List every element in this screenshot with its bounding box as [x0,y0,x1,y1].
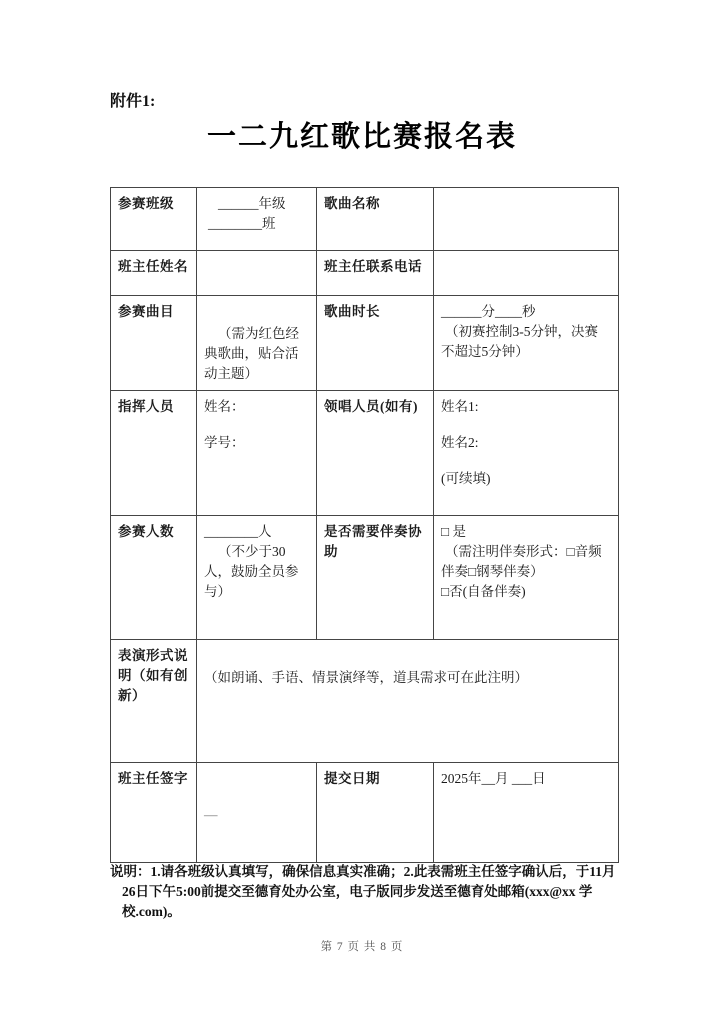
song-name-label: 歌曲名称 [317,188,434,251]
lead-singer-label: 领唱人员(如有) [317,391,434,516]
song-entry-note: （需为红色经典歌曲，贴合活动主题） [204,324,309,384]
count-note: （不少于30人，鼓励全员参与） [204,542,309,602]
count-blank[interactable]: ________人 [204,522,309,542]
lead-singer-1-label[interactable]: 姓名1: [441,397,611,417]
participant-count-label: 参赛人数 [111,516,197,640]
submit-date-blank[interactable]: 2025年__月 ___日 [441,769,611,789]
lead-singer-more-note: (可续填) [441,469,611,489]
lead-singer-2-label[interactable]: 姓名2: [441,433,611,453]
table-row-class: 参赛班级 ______年级 ________班 歌曲名称 [111,188,619,251]
grade-blank[interactable]: ______年级 [204,194,309,214]
song-duration-fill-cell[interactable]: ______分____秒 （初赛控制3-5分钟，决赛不超过5分钟） [434,296,619,391]
song-name-fill-cell[interactable] [434,188,619,251]
teacher-phone-label: 班主任联系电话 [317,251,434,296]
teacher-name-label: 班主任姓名 [111,251,197,296]
conductor-fill-cell[interactable]: 姓名： 学号： [197,391,317,516]
signature-fill-cell[interactable]: — [197,763,317,863]
accompaniment-option-yes[interactable]: □ 是 [441,522,611,542]
teacher-phone-fill-cell[interactable] [434,251,619,296]
table-row-conductor: 指挥人员 姓名： 学号： 领唱人员(如有) 姓名1: 姓名2: (可续填) [111,391,619,516]
table-row-participants: 参赛人数 ________人 （不少于30人，鼓励全员参与） 是否需要伴奏协助 … [111,516,619,640]
submit-date-label: 提交日期 [317,763,434,863]
accompaniment-yes-note[interactable]: （需注明伴奏形式：□音频伴奏□钢琴伴奏） [441,542,611,582]
table-row-teacher: 班主任姓名 班主任联系电话 [111,251,619,296]
conductor-id-label[interactable]: 学号： [204,433,309,453]
notes-line-2: 26日下午5:00前提交至德育处办公室，电子版同步发送至德育处邮箱(xxx@xx… [110,882,635,922]
registration-form-table: 参赛班级 ______年级 ________班 歌曲名称 班主任姓名 班主任联系… [110,187,619,863]
teacher-name-fill-cell[interactable] [197,251,317,296]
performance-format-note: （如朗诵、手语、情景演绎等，道具需求可在此注明） [204,668,611,688]
song-duration-label: 歌曲时长 [317,296,434,391]
class-label: 参赛班级 [111,188,197,251]
conductor-name-label[interactable]: 姓名： [204,397,309,417]
accompaniment-options-cell[interactable]: □ 是 （需注明伴奏形式：□音频伴奏□钢琴伴奏） □否(自备伴奏) [434,516,619,640]
class-fill-cell[interactable]: ______年级 ________班 [197,188,317,251]
duration-note: （初赛控制3-5分钟，决赛不超过5分钟） [441,322,611,362]
performance-format-fill-cell[interactable]: （如朗诵、手语、情景演绎等，道具需求可在此注明） [197,640,619,763]
page-number: 第 7 页 共 8 页 [0,938,724,954]
notes-line-1: 说明：1.请各班级认真填写，确保信息真实准确；2.此表需班主任签字确认后，于11… [110,862,635,882]
performance-format-label: 表演形式说明（如有创新） [111,640,197,763]
lead-singer-fill-cell[interactable]: 姓名1: 姓名2: (可续填) [434,391,619,516]
signature-label: 班主任签字 [111,763,197,863]
signature-line[interactable]: — [204,805,309,825]
attachment-label: 附件1: [110,88,155,111]
submit-date-fill-cell[interactable]: 2025年__月 ___日 [434,763,619,863]
conductor-label: 指挥人员 [111,391,197,516]
participant-count-fill-cell[interactable]: ________人 （不少于30人，鼓励全员参与） [197,516,317,640]
song-entry-label: 参赛曲目 [111,296,197,391]
notes: 说明：1.请各班级认真填写，确保信息真实准确；2.此表需班主任签字确认后，于11… [110,862,635,922]
song-entry-fill-cell[interactable]: （需为红色经典歌曲，贴合活动主题） [197,296,317,391]
page-title: 一二九红歌比赛报名表 [0,114,724,155]
table-row-song: 参赛曲目 （需为红色经典歌曲，贴合活动主题） 歌曲时长 ______分____秒… [111,296,619,391]
accompaniment-label: 是否需要伴奏协助 [317,516,434,640]
class-blank[interactable]: ________班 [204,214,309,234]
table-row-performance: 表演形式说明（如有创新） （如朗诵、手语、情景演绎等，道具需求可在此注明） [111,640,619,763]
duration-blank[interactable]: ______分____秒 [441,302,611,322]
table-row-signature: 班主任签字 — 提交日期 2025年__月 ___日 [111,763,619,863]
document-page: 附件1: 一二九红歌比赛报名表 参赛班级 ______年级 ________班 … [0,0,724,1024]
accompaniment-option-no[interactable]: □否(自备伴奏) [441,582,611,602]
